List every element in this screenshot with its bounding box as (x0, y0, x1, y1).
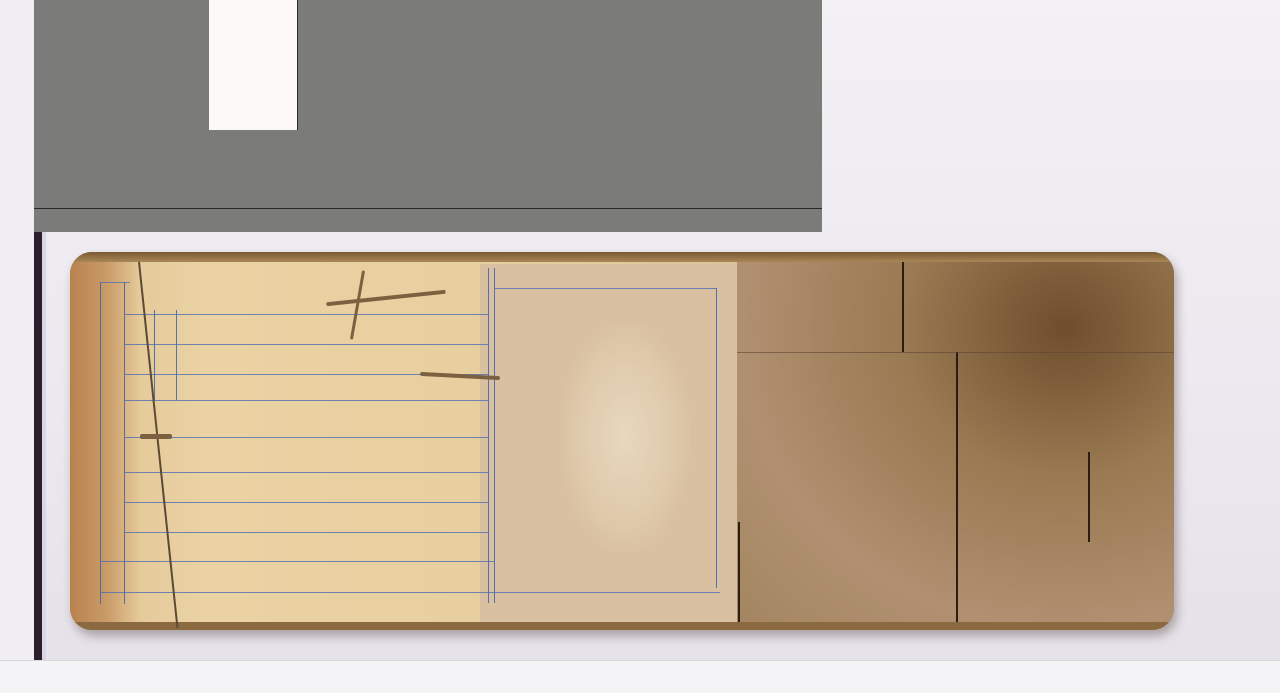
scan-margin (0, 0, 34, 660)
binding-knot (140, 434, 172, 439)
ruled-horizontal-line (124, 314, 488, 315)
ruled-vertical-line (488, 268, 489, 603)
ruled-vertical-line (124, 282, 125, 604)
pictograph-divider (1088, 452, 1090, 542)
ruled-vertical-line (154, 310, 155, 400)
ruled-vertical-line (176, 310, 177, 400)
pictograph-divider (956, 352, 958, 622)
book-bottom-edge (70, 622, 1174, 630)
ruled-horizontal-line (100, 561, 495, 562)
ruled-vertical-line (100, 282, 101, 604)
ruled-horizontal-line (100, 282, 130, 283)
spine-stain (70, 260, 140, 628)
ruled-horizontal-line (494, 288, 716, 289)
ruled-horizontal-line (124, 344, 488, 345)
patch-labels (34, 130, 822, 156)
ruled-horizontal-line (124, 472, 488, 473)
white-patch (209, 0, 298, 130)
ruled-horizontal-line (124, 400, 488, 401)
book-top-edge (70, 252, 1174, 262)
ruled-horizontal-line (124, 437, 488, 438)
ruled-horizontal-line (124, 502, 488, 503)
pictograph-divider (902, 262, 904, 352)
scanner-edge-highlight (42, 232, 46, 660)
ruler-divider (34, 208, 822, 209)
manuscript-book (70, 252, 1174, 630)
ruled-vertical-line (494, 268, 495, 603)
watermark-seal (560, 322, 690, 552)
kodak-color-card (34, 0, 822, 232)
ruled-horizontal-line (124, 532, 488, 533)
scanner-edge (34, 232, 42, 660)
ruled-vertical-line (716, 288, 717, 588)
ruled-horizontal-line (100, 592, 720, 593)
pictograph-divider (738, 522, 740, 622)
scan-bottom-strip (0, 660, 1280, 693)
pictograph-row-line (737, 352, 1174, 353)
ruler (34, 188, 822, 232)
